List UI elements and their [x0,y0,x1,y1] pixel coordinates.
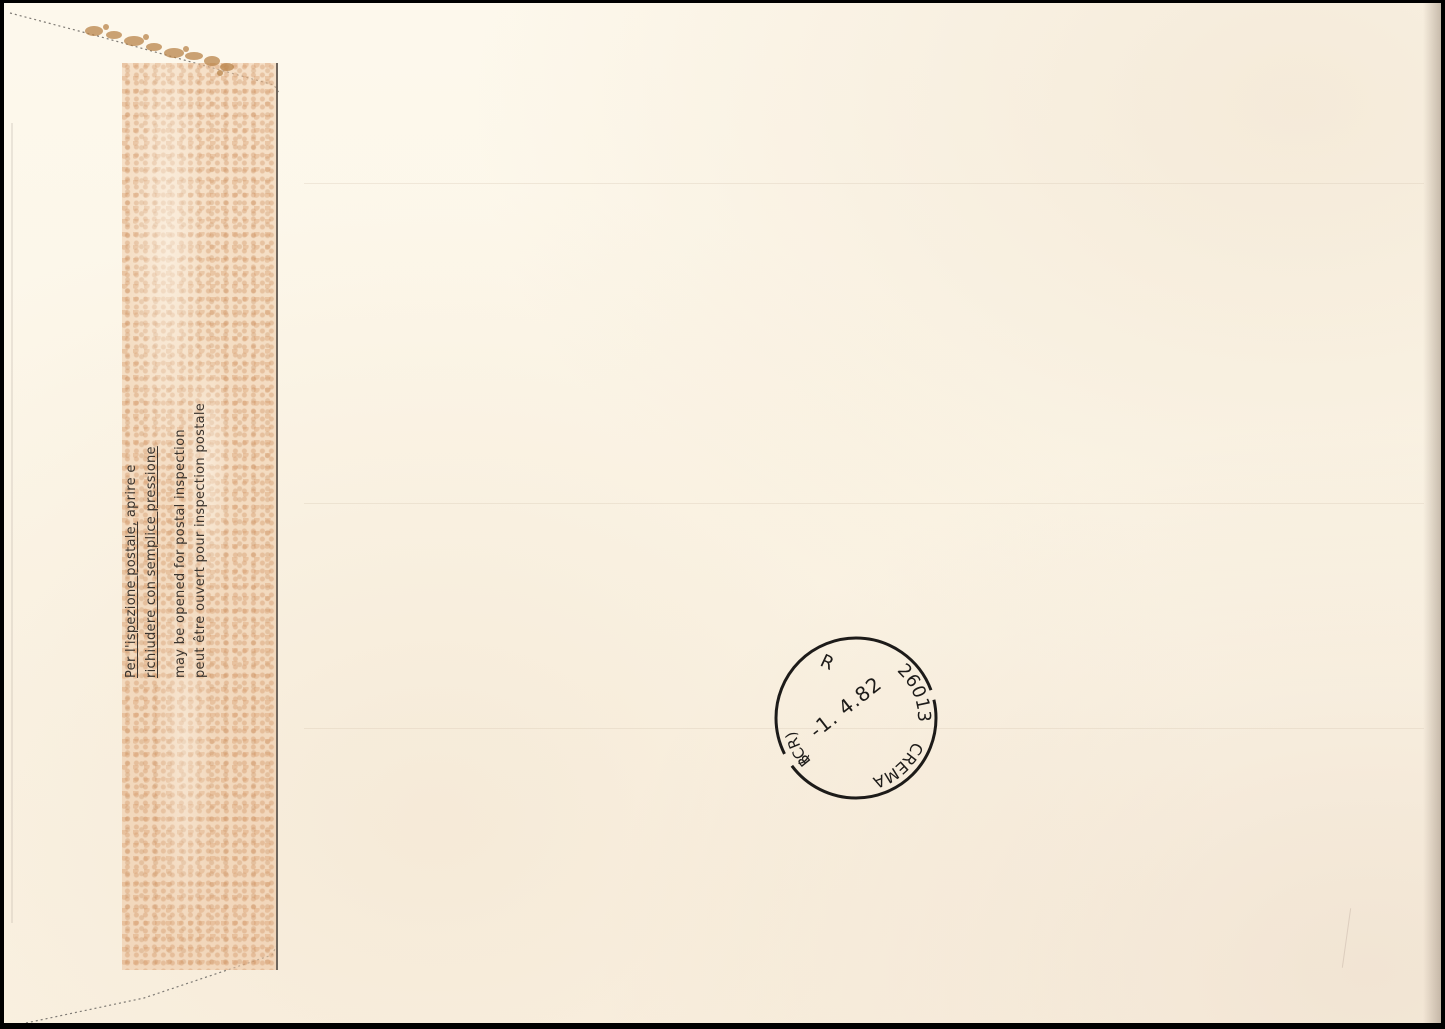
postmark: 26013 CREMA (CR) B R -1. 4.82 [771,633,941,803]
postmark-code-mark: R [817,650,837,674]
label-line-english: may be opened for postal inspection [171,358,191,678]
adhesive-stain [82,23,242,78]
postmark-ring-top: 26013 [877,657,941,731]
label-line-italian-1: Per l'ispezione postale, aprire e [122,358,142,678]
envelope-back [4,3,1441,1023]
postmark-ring: 26013 CREMA (CR) B R [771,633,941,803]
label-line-french: peut être ouvert pour inspection postale [191,358,211,678]
label-underlined-text: Per l'ispezione postale, [124,522,139,678]
label-line-italian-2: richiudere con semplice pressione [142,358,162,678]
svg-text:26013: 26013 [877,657,941,731]
inspection-label-text: Per l'ispezione postale, aprire e richiu… [122,358,210,678]
label-text: aprire e [124,464,139,521]
